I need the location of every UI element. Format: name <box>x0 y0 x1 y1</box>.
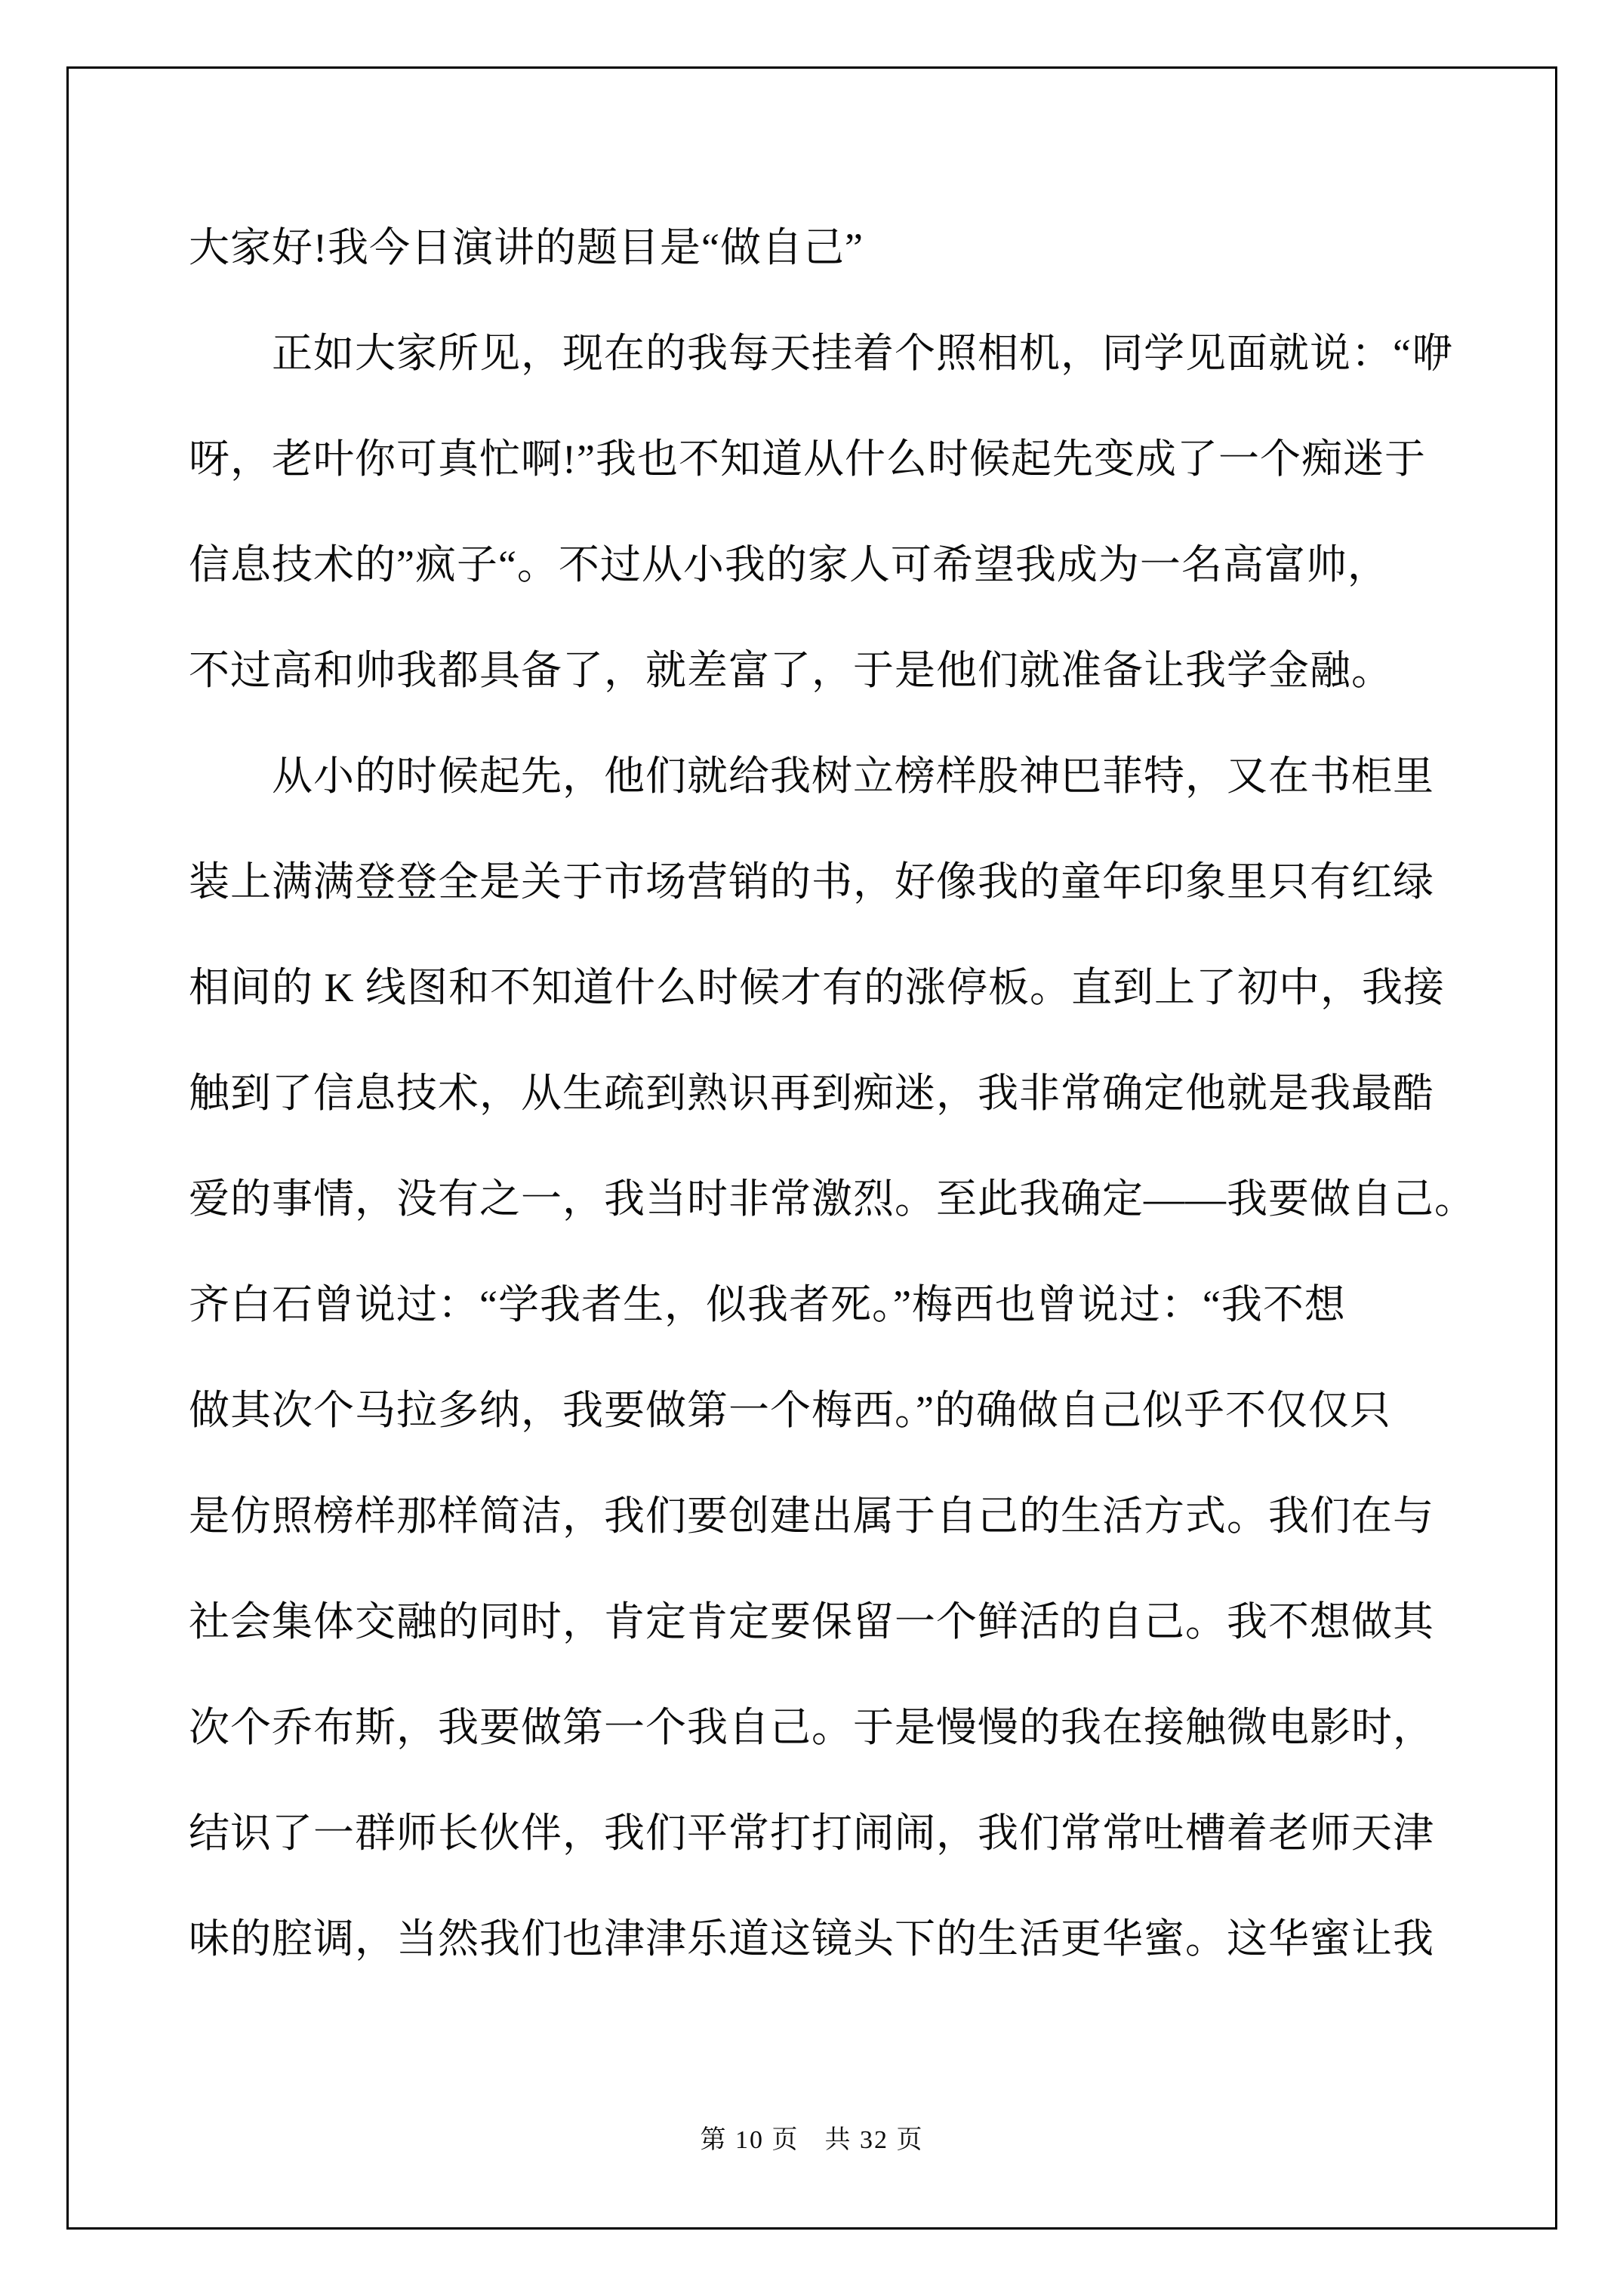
page-number-label: 第 10 页 <box>701 2119 799 2156</box>
text-line: 做其次个马拉多纳，我要做第一个梅西。”的确做自己似乎不仅仅只 <box>189 1358 1487 1463</box>
document-body: 大家好!我今日演讲的题目是“做自己” 正如大家所见，现在的我每天挂着个照相机，同… <box>189 195 1487 1992</box>
text-line: 装上满满登登全是关于市场营销的书，好像我的童年印象里只有红绿 <box>189 829 1487 935</box>
text-line: 不过高和帅我都具备了，就差富了，于是他们就准备让我学金融。 <box>189 618 1487 723</box>
page-footer: 第 10 页 共 32 页 <box>66 2119 1557 2156</box>
text-line: 是仿照榜样那样简洁，我们要创建出属于自己的生活方式。我们在与 <box>189 1463 1487 1569</box>
text-line: 爱的事情，没有之一，我当时非常激烈。至此我确定——我要做自己。 <box>189 1146 1487 1252</box>
text-line: 大家好!我今日演讲的题目是“做自己” <box>189 195 1487 300</box>
text-line: 触到了信息技术，从生疏到熟识再到痴迷，我非常确定他就是我最酷 <box>189 1040 1487 1146</box>
text-line: 相间的 K 线图和不知道什么时候才有的涨停板。直到上了初中，我接 <box>189 935 1487 1040</box>
text-line: 社会集体交融的同时，肯定肯定要保留一个鲜活的自己。我不想做其 <box>189 1569 1487 1675</box>
text-line: 味的腔调，当然我们也津津乐道这镜头下的生活更华蜜。这华蜜让我 <box>189 1886 1487 1992</box>
text-line: 信息技术的”疯子“。不过从小我的家人可希望我成为一名高富帅， <box>189 512 1487 618</box>
text-line: 次个乔布斯，我要做第一个我自己。于是慢慢的我在接触微电影时， <box>189 1675 1487 1780</box>
text-line: 正如大家所见，现在的我每天挂着个照相机，同学见面就说：“咿 <box>189 300 1487 406</box>
text-line: 从小的时候起先，他们就给我树立榜样股神巴菲特，又在书柜里 <box>189 723 1487 829</box>
page-total-label: 共 32 页 <box>825 2119 924 2156</box>
text-line: 齐白石曾说过：“学我者生，似我者死。”梅西也曾说过：“我不想 <box>189 1252 1487 1358</box>
text-line: 结识了一群师长伙伴，我们平常打打闹闹，我们常常吐槽着老师天津 <box>189 1780 1487 1886</box>
text-line: 呀，老叶你可真忙啊!”我也不知道从什么时候起先变成了一个痴迷于 <box>189 406 1487 512</box>
